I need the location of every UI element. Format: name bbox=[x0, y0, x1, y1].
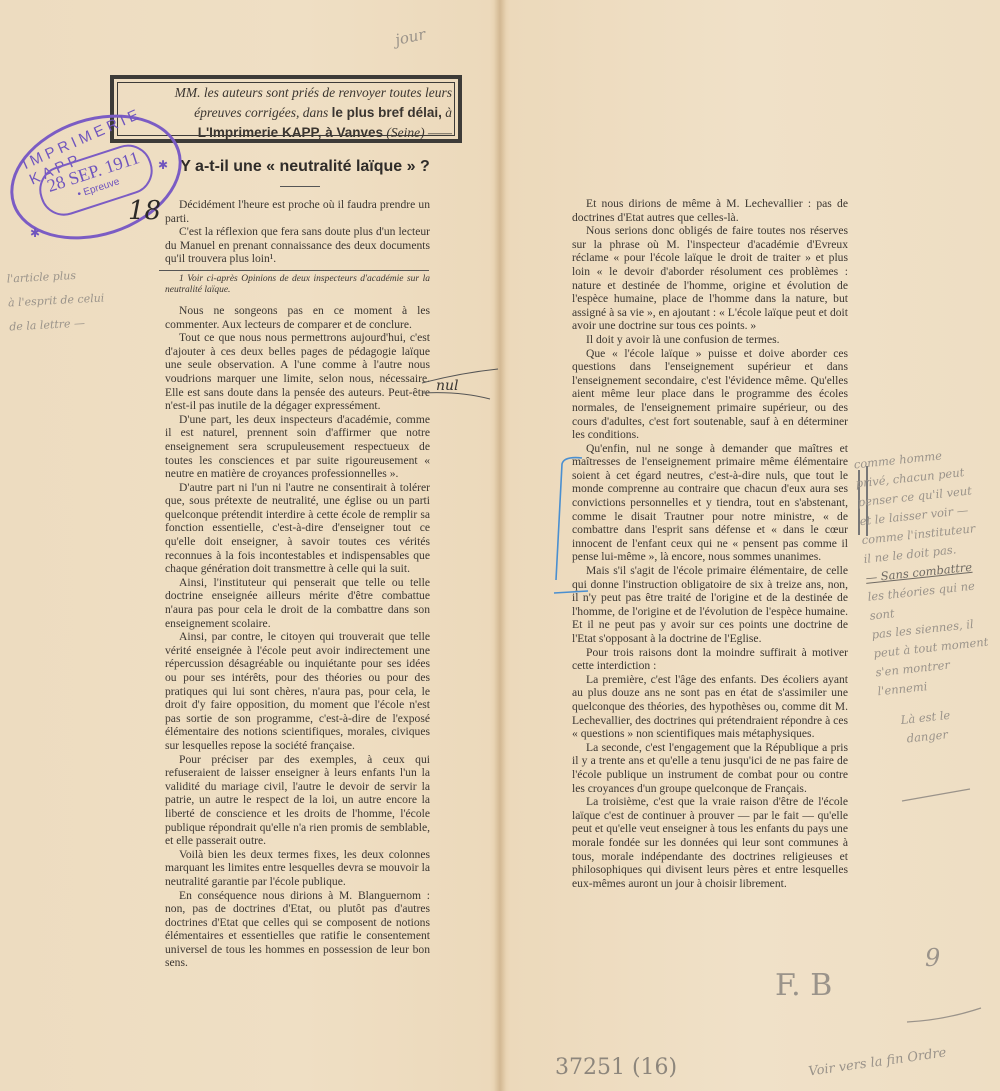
footnote: 1 Voir ci-après Opinions de deux inspect… bbox=[165, 274, 430, 296]
notice-line-2: épreuves corrigées, dans le plus bref dé… bbox=[120, 103, 452, 123]
body-paragraph: D'une part, les deux inspecteurs d'acadé… bbox=[165, 413, 430, 481]
notice-line-1: MM. les auteurs sont priés de renvoyer t… bbox=[120, 83, 452, 103]
body-paragraph: Nous ne songeons pas en ce moment à les … bbox=[165, 304, 430, 331]
stamp-star-icon: ✱ bbox=[30, 226, 40, 241]
body-paragraph: Tout ce que nous nous permettrons aujour… bbox=[165, 331, 430, 413]
notice-line-3-bold: L'Imprimerie KAPP, à Vanves bbox=[198, 125, 383, 140]
handwritten-left-margin: l'article plus à l'esprit de celui de la… bbox=[6, 263, 106, 340]
handwritten-right-margin: comme homme privé, chacun peut penser ce… bbox=[853, 442, 1000, 751]
title-rule bbox=[280, 186, 320, 187]
body-paragraph: Ainsi, l'instituteur qui penserait que t… bbox=[165, 576, 430, 630]
handwritten-bottom-note: Voir vers la fin Ordre bbox=[808, 1045, 948, 1079]
handwritten-initials: F. B bbox=[775, 968, 832, 1003]
notice-line-2-italic: épreuves corrigées, dans bbox=[194, 105, 331, 120]
body-paragraph: Pour préciser par des exemples, à ceux q… bbox=[165, 753, 430, 848]
stamp-star-icon: ✱ bbox=[158, 158, 168, 173]
handwritten-top-note: jour bbox=[393, 25, 427, 49]
body-paragraph: En conséquence nous dirions à M. Blangue… bbox=[165, 889, 430, 971]
notice-line-2-bold: le plus bref délai, bbox=[332, 105, 442, 120]
intro-paragraph: C'est la réflexion que fera sans doute p… bbox=[165, 225, 430, 266]
notice-line-2-end: à bbox=[442, 105, 452, 120]
notice-line-3-italic: (Seine) —— bbox=[383, 125, 452, 140]
article-title: Y a-t-il une « neutralité laïque » ? bbox=[170, 158, 440, 176]
body-paragraph: Ainsi, par contre, le citoyen qui trouve… bbox=[165, 630, 430, 752]
body-paragraph: Qu'enfin, nul ne songe à demander que ma… bbox=[572, 442, 848, 564]
body-paragraph: La seconde, c'est l'engagement que la Ré… bbox=[572, 741, 848, 795]
handwritten-mark: 9 bbox=[925, 944, 940, 972]
left-margin-line: de la lettre — bbox=[9, 310, 106, 339]
page-fold bbox=[494, 0, 506, 1091]
body-paragraph: Mais s'il s'agit de l'école primaire élé… bbox=[572, 564, 848, 646]
body-paragraph: Nous serions donc obligés de faire toute… bbox=[572, 224, 848, 333]
body-paragraph: Et nous dirions de même à M. Lechevallie… bbox=[572, 197, 848, 224]
correction-lines bbox=[420, 365, 500, 405]
catalog-number: 37251 (16) bbox=[555, 1055, 677, 1080]
pencil-dash bbox=[900, 785, 980, 805]
footnote-rule bbox=[159, 270, 429, 271]
body-paragraph: La troisième, c'est que la vraie raison … bbox=[572, 795, 848, 890]
left-margin-line: à l'esprit de celui bbox=[7, 286, 104, 315]
intro-paragraph: Décidément l'heure est proche où il faud… bbox=[165, 198, 430, 225]
body-paragraph: Que « l'école laïque » puisse et doive a… bbox=[572, 347, 848, 442]
body-paragraph: Pour trois raisons dont la moindre suffi… bbox=[572, 646, 848, 673]
body-paragraph: Voilà bien les deux termes fixes, les de… bbox=[165, 848, 430, 889]
body-paragraph: D'autre part ni l'un ni l'autre ne conse… bbox=[165, 481, 430, 576]
pencil-flourish bbox=[905, 1000, 985, 1030]
body-paragraph: La première, c'est l'âge des enfants. De… bbox=[572, 673, 848, 741]
blue-bracket-mark bbox=[552, 450, 592, 610]
body-paragraph: Il doit y avoir là une confusion de term… bbox=[572, 333, 848, 347]
handwritten-stamp-number: 18 bbox=[128, 196, 161, 226]
right-column: Et nous dirions de même à M. Lechevallie… bbox=[572, 197, 848, 890]
left-column: Décidément l'heure est proche où il faud… bbox=[165, 198, 430, 970]
